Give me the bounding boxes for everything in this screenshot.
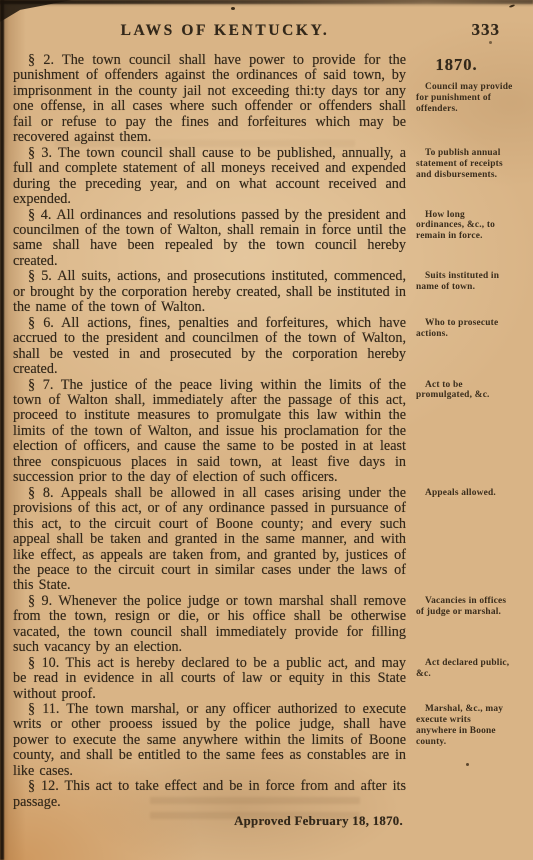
page-header: LAWS OF KENTUCKY. 333	[0, 0, 533, 50]
section-paragraph: § 12. This act to take effect and be in …	[13, 779, 406, 810]
section-paragraph: § 2. The town council shall have power t…	[13, 53, 406, 146]
margin-note: Vacancies in offices of judge or marshal…	[406, 594, 533, 618]
margin-note-column: 1870. Council may provide for punishment…	[406, 53, 533, 115]
margin-note: Who to prosecute actions.	[406, 316, 533, 340]
section-row-12: § 12. This act to take effect and be in …	[13, 779, 533, 810]
year-label: 1870.	[406, 53, 533, 80]
margin-note: Suits instituted in name of town.	[406, 269, 533, 293]
margin-note: Marshal, &c., may execute writs anywhere…	[406, 702, 533, 748]
margin-note: How long ordinances, &c., to remain in f…	[406, 208, 533, 243]
section-row-8: § 8. Appeals shall be allowed in all cas…	[13, 486, 533, 594]
section-paragraph: § 4. All ordinances and resolutions pass…	[13, 208, 406, 270]
scan-edge-left	[0, 0, 4, 860]
section-paragraph: § 9. Whenever the police judge or town m…	[13, 594, 406, 656]
section-row-3: § 3. The town council shall cause to be …	[13, 146, 533, 208]
section-row-6: § 6. All actions, fines, penalties and f…	[13, 316, 533, 378]
section-paragraph: § 11. The town marshal, or any officer a…	[13, 702, 406, 779]
margin-note: Council may provide for punishment of of…	[406, 80, 533, 115]
scanned-statute-page: LAWS OF KENTUCKY. 333 § 2. The town coun…	[0, 0, 533, 860]
section-row-11: § 11. The town marshal, or any officer a…	[13, 702, 533, 779]
margin-note: Appeals allowed.	[406, 486, 533, 499]
section-row-10: § 10. This act is hereby declared to be …	[13, 656, 533, 702]
approval-line: Approved February 18, 1870.	[13, 814, 405, 829]
section-row-5: § 5. All suits, actions, and prosecution…	[13, 269, 533, 315]
section-row-9: § 9. Whenever the police judge or town m…	[13, 594, 533, 656]
section-paragraph: § 6. All actions, fines, penalties and f…	[13, 316, 406, 378]
section-paragraph: § 8. Appeals shall be allowed in all cas…	[13, 486, 406, 594]
section-paragraph: § 3. The town council shall cause to be …	[13, 146, 406, 208]
margin-note: To publish annual statement of receipts …	[406, 146, 533, 181]
margin-note: Act to be promulgated, &c.	[406, 378, 533, 402]
margin-note	[406, 779, 533, 781]
section-row-2: § 2. The town council shall have power t…	[13, 53, 533, 146]
section-row-7: § 7. The justice of the peace living wit…	[13, 378, 533, 486]
section-paragraph: § 7. The justice of the peace living wit…	[13, 378, 406, 486]
statute-body: § 2. The town council shall have power t…	[13, 53, 533, 829]
section-row-4: § 4. All ordinances and resolutions pass…	[13, 208, 533, 270]
page-number: 333	[472, 20, 501, 40]
running-title: LAWS OF KENTUCKY.	[30, 22, 420, 40]
margin-note: Act declared public, &c.	[406, 656, 533, 680]
section-paragraph: § 5. All suits, actions, and prosecution…	[13, 269, 406, 315]
section-paragraph: § 10. This act is hereby declared to be …	[13, 656, 406, 702]
